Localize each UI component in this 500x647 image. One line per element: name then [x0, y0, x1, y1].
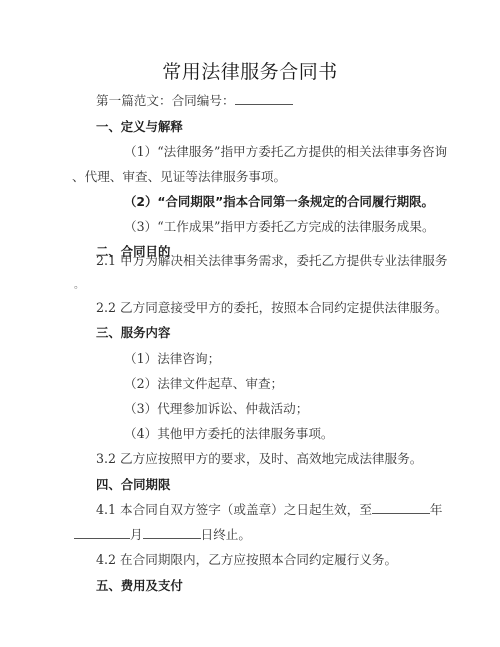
end-month-blank[interactable]: [74, 526, 130, 539]
document-title: 常用法律服务合同书: [0, 58, 500, 86]
service-item-4: （4）其他甲方委托的法律服务事项。: [124, 425, 334, 443]
clause-2-1-line2: 。: [74, 276, 84, 291]
year-label: 年: [430, 502, 443, 517]
day-label: 日终止。: [201, 527, 251, 542]
section-heading-fees: 五、费用及支付: [96, 577, 183, 595]
clause-4-1-line1: 4.1 本合同自双方签字（或盖章）之日起生效，至年: [96, 501, 443, 519]
clause-1-3: （3）“工作成果”指甲方委托乙方完成的法律服务成果。: [124, 218, 435, 236]
section-heading-term: 四、合同期限: [96, 476, 170, 494]
clause-1-1-line2: 、代理、审查、见证等法律服务事项。: [72, 168, 286, 186]
clause-4-2: 4.2 在合同期限内，乙方应按照本合同约定履行义务。: [96, 551, 397, 569]
month-label: 月: [130, 527, 143, 542]
end-year-blank[interactable]: [372, 501, 430, 514]
service-item-2: （2）法律文件起草、审查；: [124, 375, 283, 393]
clause-4-1-text: 4.1 本合同自双方签字（或盖章）之日起生效，至: [96, 502, 372, 517]
clause-3-2: 3.2 乙方应按照甲方的要求，及时、高效地完成法律服务。: [96, 450, 422, 468]
clause-2-1-line1: 2.1 甲方为解决相关法律事务需求，委托乙方提供专业法律服务: [96, 252, 447, 270]
clause-4-1-line2: 月日终止。: [74, 526, 251, 544]
clause-2-2: 2.2 乙方同意接受甲方的委托，按照本合同约定提供法律服务。: [96, 299, 447, 317]
document-page: 常用法律服务合同书 第一篇范文：合同编号： 一、定义与解释 （1）“法律服务”指…: [0, 0, 500, 647]
service-item-3: （3）代理参加诉讼、仲裁活动；: [124, 400, 308, 418]
clause-1-1-line1: （1）“法律服务”指甲方委托乙方提供的相关法律事务咨询: [124, 143, 447, 161]
clause-1-2: （2）“合同期限”指本合同第一条规定的合同履行期限。: [124, 193, 434, 211]
section-heading-definitions: 一、定义与解释: [96, 118, 183, 136]
contract-number-blank[interactable]: [235, 92, 293, 105]
end-day-blank[interactable]: [143, 526, 201, 539]
contract-number-label: 第一篇范文：合同编号：: [96, 93, 235, 108]
section-heading-services: 三、服务内容: [96, 324, 170, 342]
contract-number-line: 第一篇范文：合同编号：: [96, 92, 293, 110]
service-item-1: （1）法律咨询；: [124, 350, 220, 368]
